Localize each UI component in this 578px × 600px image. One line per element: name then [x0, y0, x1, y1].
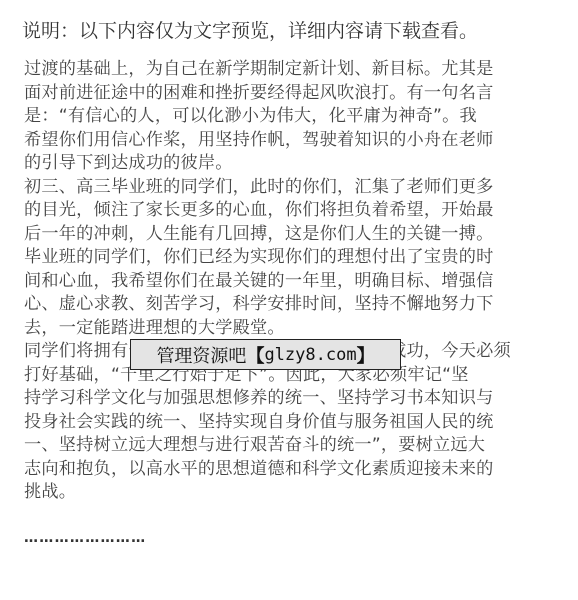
body-line: 后一年的冲刺，人生能有几回搏，这是你们人生的关键一搏。: [24, 223, 554, 247]
body-line: 的引导下到达成功的彼岸。: [24, 152, 554, 176]
watermark-banner: 管理资源吧 【 glzy8.com 】: [130, 339, 401, 370]
body-line: 希望你们用信心作桨，用坚持作帆，驾驶着知识的小舟在老师: [24, 129, 554, 153]
body-line: 挑战。: [24, 481, 554, 505]
body-line: 心、虚心求教、刻苦学习，科学安排时间，坚持不懈地努力下: [24, 293, 554, 317]
body-line: 去，一定能踏进理想的大学殿堂。: [24, 317, 554, 341]
body-line: 一、坚持树立远大理想与进行艰苦奋斗的统一”，要树立远大: [24, 434, 554, 458]
body-line: 间和心血，我希望你们在最关键的一年里，明确目标、增强信: [24, 270, 554, 294]
body-line: 投身社会实践的统一、坚持实现自身价值与服务祖国人民的统: [24, 411, 554, 435]
body-line: 初三、高三毕业班的同学们，此时的你们，汇集了老师们更多: [24, 176, 554, 200]
watermark-site-name: 管理资源吧: [156, 342, 246, 368]
body-line: 毕业班的同学们，你们已经为实现你们的理想付出了宝贵的时: [24, 246, 554, 270]
body-line: 持学习科学文化与加强思想修养的统一、坚持学习书本知识与: [24, 387, 554, 411]
continuation-ellipsis: ……………………: [24, 530, 146, 546]
preview-notice: 说明：以下内容仅为文字预览，详细内容请下载查看。: [22, 16, 478, 43]
watermark-domain: glzy8.com: [264, 345, 356, 365]
body-line: 过渡的基础上，为自己在新学期制定新计划、新目标。尤其是: [24, 58, 554, 82]
watermark-open-bracket: 【: [246, 342, 264, 368]
document-body: 过渡的基础上，为自己在新学期制定新计划、新目标。尤其是 面对前进征途中的困难和挫…: [24, 58, 554, 505]
body-line: 面对前进征途中的困难和挫折要经得起风吹浪打。有一句名言: [24, 82, 554, 106]
body-line: 志向和抱负，以高水平的思想道德和科学文化素质迎接未来的: [24, 458, 554, 482]
body-line: 是：“有信心的人，可以化渺小为伟大，化平庸为神奇”。我: [24, 105, 554, 129]
watermark-close-bracket: 】: [357, 342, 375, 368]
body-line: 的目光，倾注了家长更多的心血，你们将担负着希望，开始最: [24, 199, 554, 223]
